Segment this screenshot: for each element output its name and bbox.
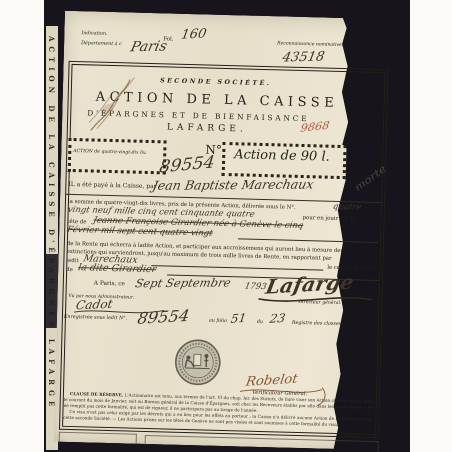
registration-printed2: au folio — [209, 319, 227, 324]
body-line7: ledit — [66, 258, 78, 264]
registration-folio: 51 — [230, 311, 247, 326]
paper-assembly: Indication. Département à c Fol. 160 Par… — [0, 0, 452, 452]
place-value: Paris — [129, 39, 169, 56]
body-line8: de — [66, 267, 73, 273]
date-script: Sept Septembre — [134, 276, 232, 291]
scanned-certificate: ACTION DE LA CAISSE D'ÉPARGNES LAFARGE I… — [0, 0, 452, 452]
body-line1-script: quatre — [332, 202, 363, 213]
print-layer: Indication. Département à c Fol. 160 Par… — [0, 0, 452, 452]
departement-label: Département à c — [81, 41, 122, 47]
ink-scribble-icon — [83, 68, 155, 140]
bottom-partial-box-left — [59, 432, 137, 445]
registration-number: 89554 — [136, 306, 191, 328]
left-value-box — [68, 138, 167, 175]
reconnaissance-label: Reconnaissance nominative. — [277, 41, 343, 48]
bottom-partial-box-right — [145, 435, 379, 451]
body-line8-script: la dite Girardier — [77, 262, 157, 275]
official-seal-icon — [173, 338, 222, 387]
folio-value: 160 — [180, 27, 208, 43]
registration-register-no: 23 — [269, 311, 287, 326]
reconnaissance-value: 43518 — [281, 50, 326, 66]
date-printed: A Paris, ce — [94, 281, 125, 288]
right-value-text: Action de 90 l. — [234, 147, 330, 164]
registration-printed3: du — [257, 320, 263, 325]
company-name: LAFARGE. — [167, 122, 247, 134]
indication-label: Indication. — [81, 31, 107, 37]
